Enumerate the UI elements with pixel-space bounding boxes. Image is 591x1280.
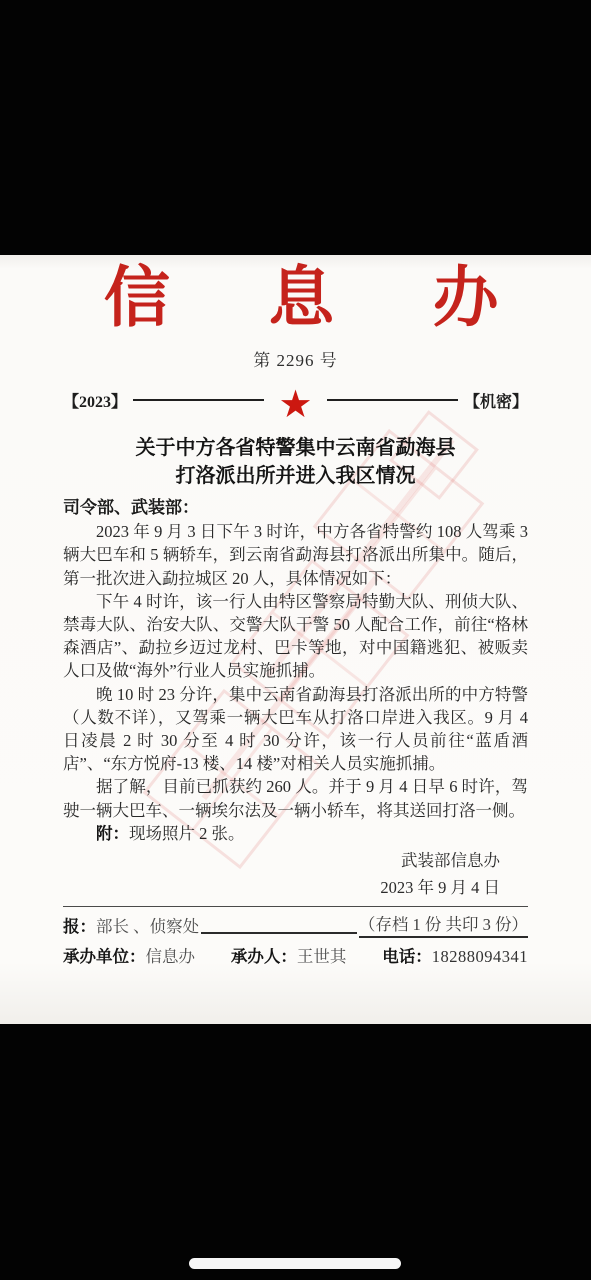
agency-group: 承办单位：信息办: [63, 945, 195, 969]
issue-year-label: 【2023】: [63, 389, 127, 412]
red-star-icon: ★: [278, 390, 312, 418]
document-title-line1: 关于中方各省特警集中云南省勐海县: [63, 434, 528, 462]
agency-row: 承办单位：信息办 承办人：王世其 电话：18288094341: [63, 945, 528, 969]
phone-label: 电话：: [382, 947, 432, 966]
body-paragraph-1: 2023 年 9 月 3 日下午 3 时许，中方各省特警约 108 人驾乘 3 …: [63, 520, 528, 590]
handler-label: 承办人：: [231, 947, 297, 966]
document-content: 信 息 办 第 2296 号 【2023】 ★ 【机密】 关于中方各省特警集中云…: [0, 255, 591, 969]
handler-value: 王世其: [297, 947, 347, 966]
masthead-title: 信 息 办: [63, 259, 528, 338]
phone-group: 电话：18288094341: [382, 945, 528, 969]
header-rule-right: [327, 399, 458, 401]
agency-label: 承办单位：: [63, 947, 146, 966]
phone-value: 18288094341: [432, 947, 528, 966]
phone-screen: 信 息 办 第 2296 号 【2023】 ★ 【机密】 关于中方各省特警集中云…: [0, 0, 591, 1280]
home-indicator[interactable]: [189, 1258, 401, 1269]
header-rule-left: [133, 399, 264, 401]
classification-label: 【机密】: [464, 389, 528, 412]
report-recipients: 部长 、侦察处: [96, 915, 199, 938]
report-label: 报：: [63, 915, 96, 938]
attachment-text: 现场照片 2 张。: [129, 824, 245, 843]
signature-org: 武装部信息办: [63, 847, 500, 874]
report-underline: [201, 932, 357, 934]
attachment-label: 附：: [96, 824, 129, 843]
body-paragraph-3: 晚 10 时 23 分许，集中云南省勐海县打洛派出所的中方特警（人数不详），又驾…: [63, 683, 528, 776]
report-row: 报： 部长 、侦察处 （存档 1 份 共印 3 份）: [63, 913, 528, 938]
salutation: 司令部、武装部：: [63, 496, 528, 520]
header-rule-row: 【2023】 ★ 【机密】: [63, 386, 528, 414]
document-footer: 报： 部长 、侦察处 （存档 1 份 共印 3 份） 承办单位：信息办 承办人：…: [63, 906, 528, 969]
top-black-bar: [0, 0, 591, 255]
agency-value: 信息办: [146, 947, 196, 966]
copies-note: （存档 1 份 共印 3 份）: [359, 913, 528, 938]
bottom-black-bar: [0, 1024, 591, 1280]
body-paragraph-2: 下午 4 时许，该一行人由特区警察局特勤大队、刑侦大队、禁毒大队、治安大队、交警…: [63, 590, 528, 683]
attachment-line: 附：现场照片 2 张。: [63, 822, 528, 845]
official-document: 信 息 办 第 2296 号 【2023】 ★ 【机密】 关于中方各省特警集中云…: [0, 255, 591, 1024]
document-title-line2: 打洛派出所并进入我区情况: [63, 462, 528, 490]
body-paragraph-4: 据了解，目前已抓获约 260 人。并于 9 月 4 日早 6 时许，驾驶一辆大巴…: [63, 775, 528, 821]
signature-block: 武装部信息办 2023 年 9 月 4 日: [63, 847, 528, 901]
handler-group: 承办人：王世其: [231, 945, 347, 969]
document-number: 第 2296 号: [63, 350, 528, 372]
document-title: 关于中方各省特警集中云南省勐海县 打洛派出所并进入我区情况: [63, 434, 528, 490]
signature-date: 2023 年 9 月 4 日: [63, 874, 500, 901]
